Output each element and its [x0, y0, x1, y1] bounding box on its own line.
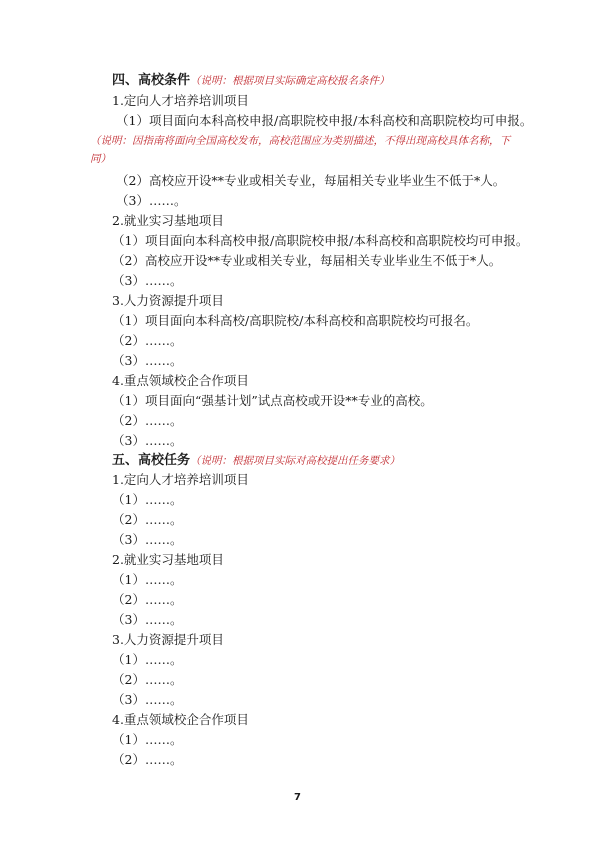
red-note: （说明：因指南将面向全国高校发布，高校范围应为类别描述，不得出现高校具体名称，下 [90, 134, 510, 148]
subsection-title: 4.重点领域校企合作项目 [112, 712, 249, 728]
list-item: （3）……。 [112, 532, 182, 548]
heading-text: 四、高校条件 [112, 73, 190, 88]
list-item: （2）……。 [112, 333, 182, 349]
list-item: （1）项目面向“强基计划”试点高校或开设**专业的高校。 [112, 393, 433, 409]
list-item: （3）……。 [112, 612, 182, 628]
list-item: （3）……。 [116, 193, 186, 209]
list-item: （1）……。 [112, 492, 182, 508]
section-heading: 四、高校条件（说明：根据项目实际确定高校报名条件） [112, 72, 390, 89]
subsection-title: 4.重点领域校企合作项目 [112, 373, 249, 389]
page-number: 7 [294, 792, 301, 803]
list-item: （1）……。 [112, 652, 182, 668]
heading-text: 五、高校任务 [112, 453, 190, 468]
list-item: （1）项目面向本科高校申报/高职院校申报/本科高校和高职院校均可申报。 [116, 113, 532, 129]
list-item: （1）项目面向本科高校/高职院校/本科高校和高职院校均可报名。 [112, 313, 478, 329]
heading-note: （说明：根据项目实际确定高校报名条件） [190, 75, 390, 87]
heading-note: （说明：根据项目实际对高校提出任务要求） [190, 455, 400, 467]
list-item: （3）……。 [112, 692, 182, 708]
list-item: （1）……。 [112, 572, 182, 588]
list-item: （2）高校应开设**专业或相关专业，每届相关专业毕业生不低于*人。 [112, 253, 501, 269]
subsection-title: 2.就业实习基地项目 [112, 552, 224, 568]
list-item: （1）……。 [112, 732, 182, 748]
list-item: （3）……。 [112, 353, 182, 369]
subsection-title: 1.定向人才培养培训项目 [112, 93, 249, 109]
list-item: （2）……。 [112, 413, 182, 429]
list-item: （2）……。 [112, 752, 182, 768]
list-item: （2）高校应开设**专业或相关专业，每届相关专业毕业生不低于*人。 [116, 173, 505, 189]
subsection-title: 3.人力资源提升项目 [112, 632, 224, 648]
subsection-title: 3.人力资源提升项目 [112, 293, 224, 309]
subsection-title: 2.就业实习基地项目 [112, 213, 224, 229]
document-page: 四、高校条件（说明：根据项目实际确定高校报名条件） 1.定向人才培养培训项目 （… [0, 0, 600, 854]
list-item: （2）……。 [112, 672, 182, 688]
section-heading: 五、高校任务（说明：根据项目实际对高校提出任务要求） [112, 452, 400, 469]
red-note: 同） [90, 152, 111, 166]
list-item: （3）……。 [112, 273, 182, 289]
list-item: （3）……。 [112, 433, 182, 449]
subsection-title: 1.定向人才培养培训项目 [112, 472, 249, 488]
list-item: （1）项目面向本科高校申报/高职院校申报/本科高校和高职院校均可申报。 [112, 233, 528, 249]
list-item: （2）……。 [112, 512, 182, 528]
list-item: （2）……。 [112, 592, 182, 608]
